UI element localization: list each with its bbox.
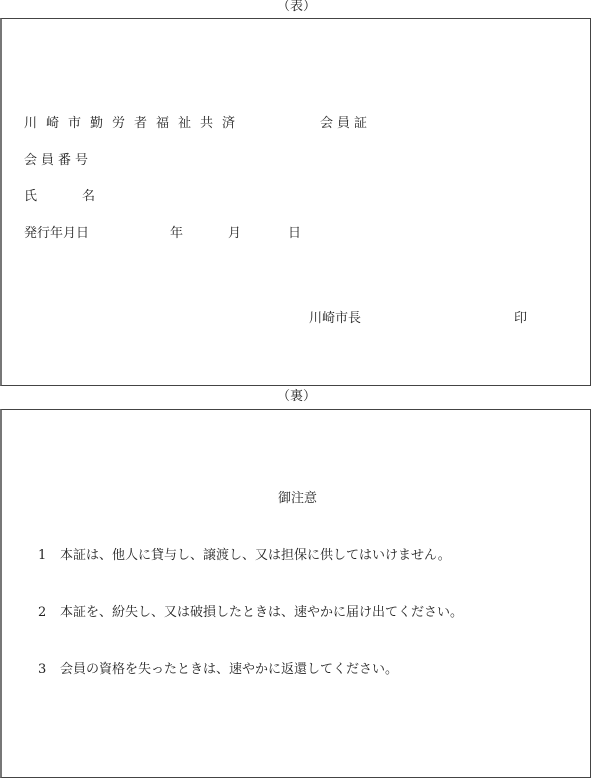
issue-date-label: 発行年月日	[24, 226, 89, 242]
issuer-name: 川崎市長	[309, 311, 361, 327]
back-side-label: （裏）	[0, 390, 593, 404]
front-side-label: （表）	[0, 0, 593, 14]
card-title-org: 川崎市勤労者福祉共済	[24, 116, 244, 132]
seal-mark: 印	[514, 311, 527, 327]
notice-heading: 御注意	[2, 491, 593, 507]
card-back: 御注意 1 本証は、他人に貸与し、譲渡し、又は担保に供してはいけません。 2 本…	[0, 409, 591, 778]
day-label: 日	[288, 226, 301, 242]
card-front: 川崎市勤労者福祉共済 会員証 会員番号 氏 名 発行年月日 年 月 日 川崎市長…	[0, 18, 591, 386]
note-1-number: 1	[38, 548, 46, 564]
note-3-number: 3	[38, 662, 46, 678]
note-1-text: 本証は、他人に貸与し、譲渡し、又は担保に供してはいけません。	[60, 548, 451, 564]
year-label: 年	[170, 226, 183, 242]
note-3-text: 会員の資格を失ったときは、速やかに返還してください。	[60, 662, 398, 678]
month-label: 月	[228, 226, 241, 242]
member-number-label: 会員番号	[24, 153, 92, 169]
note-2-text: 本証を、紛失し、又は破損したときは、速やかに届け出てください。	[60, 605, 463, 621]
name-label-first: 氏	[24, 189, 37, 205]
name-label-second: 名	[82, 189, 95, 205]
note-2-number: 2	[38, 605, 46, 621]
card-title-doc: 会員証	[320, 116, 371, 132]
